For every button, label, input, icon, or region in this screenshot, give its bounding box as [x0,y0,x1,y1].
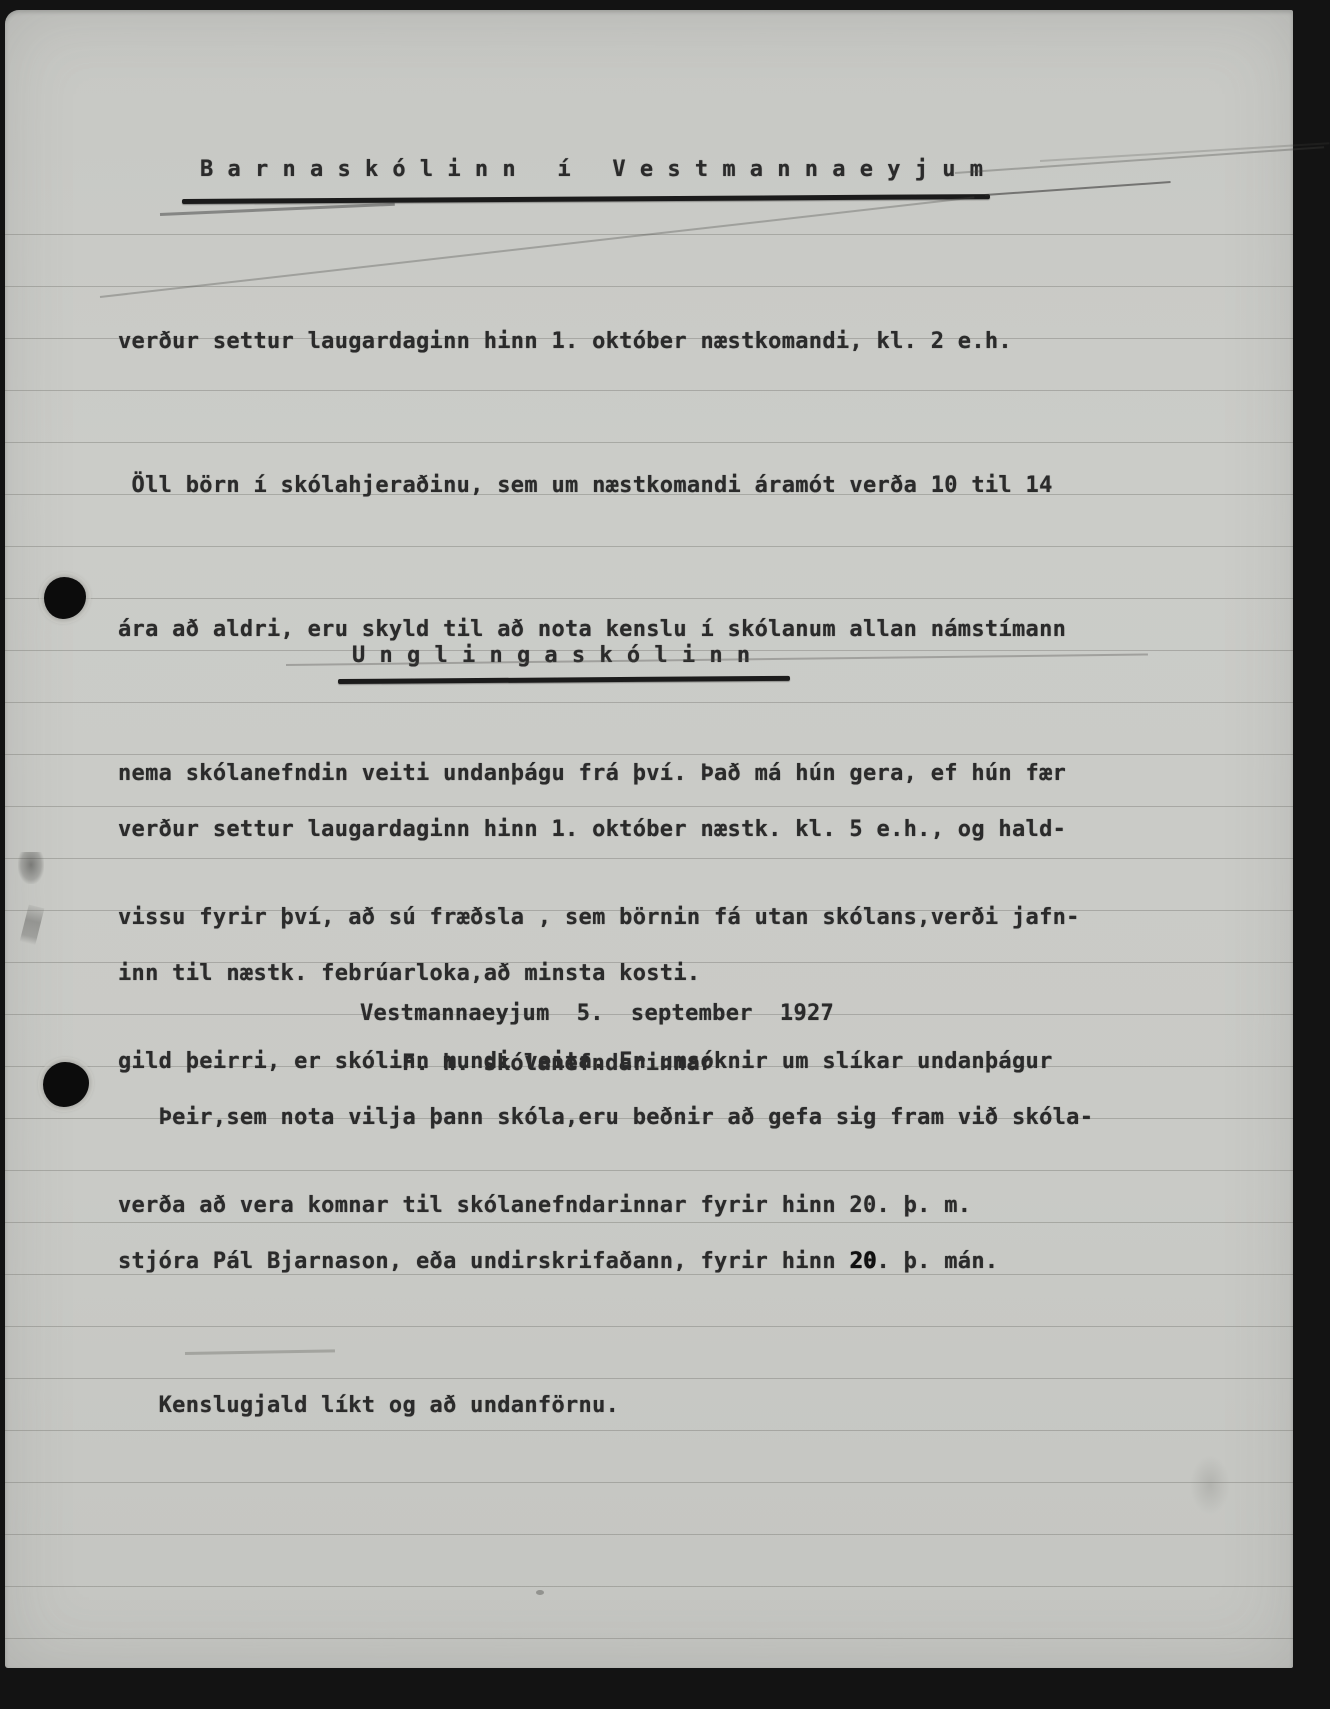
bold-deadline-number: 20 [849,1249,876,1274]
body-line: Öll börn í skólahjeraðinu, sem um næstko… [118,462,1080,510]
scanned-document: B a r n a s k ó l i n n í V e s t m a n … [0,0,1330,1709]
dateline: Vestmannaeyjum 5. september 1927 [360,990,834,1038]
signature-line: F. h. skólanefndarinnar [402,1040,714,1088]
bold-line-post: . þ. mán. [877,1249,999,1274]
bold-line-pre: stjóra Pál Bjarnason, eða undirskrifaðan… [118,1249,849,1274]
section-unglingaskolinn-body: verður settur laugardaginn hinn 1. októb… [118,710,1093,1526]
heading-barnaskolinn: B a r n a s k ó l i n n í V e s t m a n … [200,146,983,194]
body-line: verður settur laugardaginn hinn 1. októb… [118,806,1093,854]
body-line: Kenslugjald líkt og að undanförnu. [118,1382,1093,1430]
body-line-with-bold-date: stjóra Pál Bjarnason, eða undirskrifaðan… [118,1238,1093,1286]
heading-unglingaskolinn: U n g l i n g a s k ó l i n n [352,632,751,680]
body-line: Þeir,sem nota vilja þann skóla,eru beðni… [118,1094,1093,1142]
body-line: verður settur laugardaginn hinn 1. októb… [118,318,1080,366]
